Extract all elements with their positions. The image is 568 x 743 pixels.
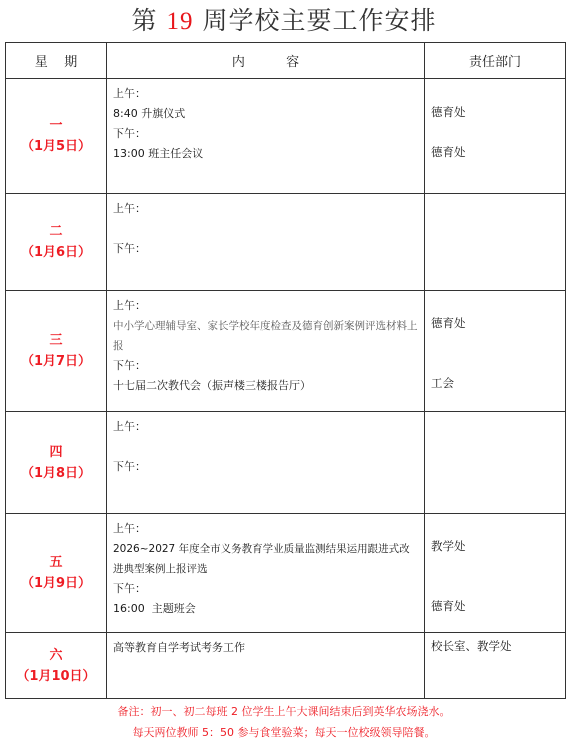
- dept-label: 教学处: [431, 538, 466, 554]
- dept-cell: 教学处 德育处: [425, 514, 566, 633]
- table-row-wednesday: 三 （1月7日） 上午： 中小学心理辅导室、家长学校年度检查及德育创新案例评选材…: [6, 291, 566, 412]
- dept-label: 德育处: [431, 144, 466, 160]
- week-number: 19: [167, 8, 194, 35]
- dept-cell: 校长室、教学处: [425, 633, 566, 699]
- content-cell: 上午： 8:40 升旗仪式 下午： 13:00 班主任会议: [107, 79, 425, 194]
- header-dept: 责任部门: [425, 43, 566, 79]
- header-day: 星 期: [6, 43, 107, 79]
- day-label: 一: [6, 115, 106, 136]
- table-row-saturday: 六 （1月10日） 高等教育自学考试考务工作 校长室、教学处: [6, 633, 566, 699]
- pm-label: 下午：: [113, 124, 418, 144]
- am-label: 上午：: [113, 199, 418, 219]
- am-label: 上午：: [113, 519, 418, 539]
- pm-label: 下午：: [113, 239, 418, 259]
- pm-label: 下午：: [113, 457, 418, 477]
- day-cell: 二 （1月6日）: [6, 194, 107, 291]
- am-label: 上午：: [113, 296, 418, 316]
- day-label: 四: [6, 442, 106, 463]
- day-label: 三: [6, 330, 106, 351]
- day-label: 六: [6, 645, 106, 666]
- pm-label: 下午：: [113, 356, 418, 376]
- dept-label: 德育处: [431, 598, 466, 614]
- day-label: 五: [6, 552, 106, 573]
- table-row-monday: 一 （1月5日） 上午： 8:40 升旗仪式 下午： 13:00 班主任会议 德…: [6, 79, 566, 194]
- day-label: 二: [6, 221, 106, 242]
- task-item: 16:00 主题班会: [113, 599, 418, 619]
- title-suffix: 周学校主要工作安排: [194, 6, 437, 35]
- am-label: 上午：: [113, 84, 418, 104]
- task-item: 中小学心理辅导室、家长学校年度检查及德育创新案例评选材料上报: [113, 316, 418, 356]
- table-row-tuesday: 二 （1月6日） 上午： 下午：: [6, 194, 566, 291]
- note-line-2: 每天两位教师 5：50 参与食堂验菜；每天一位校级领导陪餐。: [0, 724, 568, 740]
- day-date: （1月5日）: [6, 136, 106, 157]
- pm-label: 下午：: [113, 579, 418, 599]
- content-cell: 上午： 2026~2027 年度全市义务教育学业质量监测结果运用跟进式改进典型案…: [107, 514, 425, 633]
- dept-cell: 德育处 德育处: [425, 79, 566, 194]
- header-row: 星 期 内 容 责任部门: [6, 43, 566, 79]
- page-title: 第 19 周学校主要工作安排: [0, 4, 568, 39]
- day-date: （1月9日）: [6, 573, 106, 594]
- am-label: 上午：: [113, 417, 418, 437]
- day-date: （1月7日）: [6, 351, 106, 372]
- dept-cell: 德育处 工会: [425, 291, 566, 412]
- dept-cell: [425, 412, 566, 514]
- task-item: 13:00 班主任会议: [113, 144, 418, 164]
- day-cell: 四 （1月8日）: [6, 412, 107, 514]
- header-content: 内 容: [107, 43, 425, 79]
- dept-label: 德育处: [431, 104, 466, 120]
- table-row-thursday: 四 （1月8日） 上午： 下午：: [6, 412, 566, 514]
- content-cell: 上午： 下午：: [107, 412, 425, 514]
- dept-label: 校长室、教学处: [431, 638, 512, 654]
- day-cell: 五 （1月9日）: [6, 514, 107, 633]
- day-date: （1月6日）: [6, 242, 106, 263]
- dept-label: 德育处: [431, 315, 466, 331]
- day-cell: 一 （1月5日）: [6, 79, 107, 194]
- day-date: （1月8日）: [6, 463, 106, 484]
- task-item: 高等教育自学考试考务工作: [113, 638, 418, 658]
- content-cell: 上午： 下午：: [107, 194, 425, 291]
- task-item: 2026~2027 年度全市义务教育学业质量监测结果运用跟进式改进典型案例上报评…: [113, 539, 418, 579]
- dept-label: 工会: [431, 375, 454, 391]
- task-item: 8:40 升旗仪式: [113, 104, 418, 124]
- title-prefix: 第: [132, 6, 167, 35]
- day-date: （1月10日）: [6, 666, 106, 687]
- empty-line: [113, 437, 418, 457]
- day-cell: 六 （1月10日）: [6, 633, 107, 699]
- schedule-table: 星 期 内 容 责任部门 一 （1月5日） 上午： 8:40 升旗仪式 下午： …: [5, 42, 566, 699]
- day-cell: 三 （1月7日）: [6, 291, 107, 412]
- task-item: 十七届二次教代会（振声楼三楼报告厅）: [113, 376, 418, 396]
- table-row-friday: 五 （1月9日） 上午： 2026~2027 年度全市义务教育学业质量监测结果运…: [6, 514, 566, 633]
- note-line-1: 备注：初一、初二每班 2 位学生上午大课间结束后到英华农场浇水。: [0, 703, 568, 719]
- dept-cell: [425, 194, 566, 291]
- content-cell: 上午： 中小学心理辅导室、家长学校年度检查及德育创新案例评选材料上报 下午： 十…: [107, 291, 425, 412]
- empty-line: [113, 219, 418, 239]
- content-cell: 高等教育自学考试考务工作: [107, 633, 425, 699]
